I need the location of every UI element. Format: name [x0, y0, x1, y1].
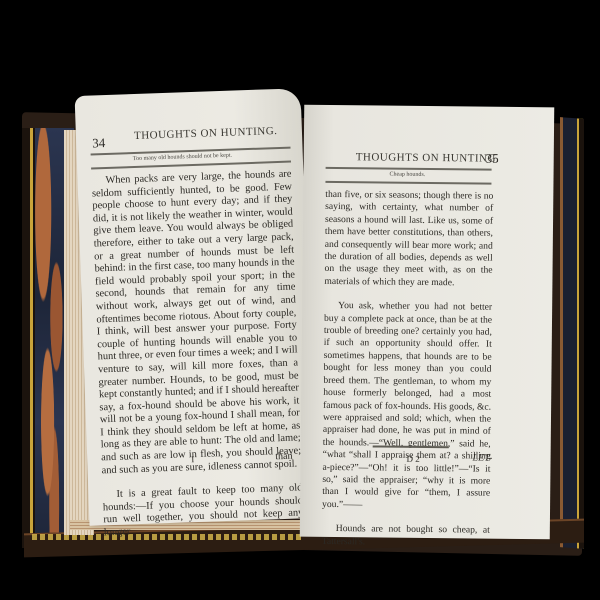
paragraph: You ask, whether you had not better buy … — [322, 300, 492, 513]
signature-mark: I — [191, 454, 194, 464]
running-head: THOUGHTS ON HUNTING. — [356, 151, 500, 165]
left-page: 34 THOUGHTS ON HUNTING. Too many old hou… — [75, 88, 316, 526]
header-rule — [325, 181, 491, 185]
page-number: 35 — [486, 151, 499, 167]
subheading: Too many old hounds should not be kept. — [133, 153, 232, 162]
running-head: THOUGHTS ON HUNTING. — [134, 125, 278, 142]
paragraph: than five, or six seasons; though there … — [324, 189, 493, 290]
subheading: Cheap hounds. — [390, 172, 426, 178]
page-number: 34 — [92, 135, 106, 151]
header-rule — [326, 167, 492, 171]
body-text: When packs are very large, the hounds ar… — [91, 169, 304, 540]
signature-mark: D 2 — [407, 454, 420, 464]
paragraph: It is a great fault to keep too many old… — [102, 483, 304, 540]
catchword: than — [275, 451, 293, 463]
right-page: THOUGHTS ON HUNTING. 35 Cheap hounds. th… — [300, 105, 555, 540]
catchword: LET- — [473, 452, 493, 463]
photo-scene: 34 THOUGHTS ON HUNTING. Too many old hou… — [0, 0, 600, 600]
marbled-board-right — [560, 117, 584, 549]
body-text: than five, or six seasons; though there … — [322, 189, 494, 550]
paragraph: When packs are very large, the hounds ar… — [91, 169, 301, 478]
header-rule — [91, 161, 291, 170]
paragraph: Hounds are not bought so cheap, at Tatte… — [322, 523, 490, 550]
